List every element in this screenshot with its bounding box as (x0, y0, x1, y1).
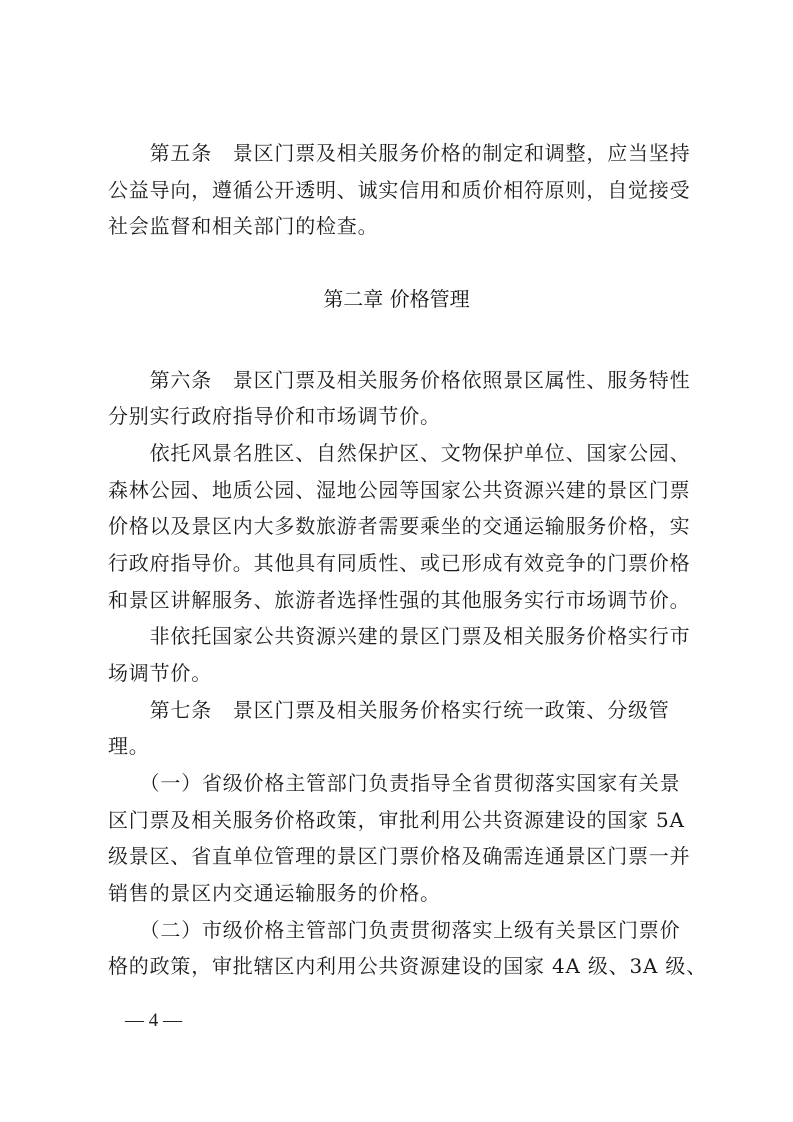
article-7-line-3: （一）省级价格主管部门负责指导全省贯彻落实国家有关景 (108, 771, 690, 795)
article-6-line-4: 森林公园、地质公园、湿地公园等国家公共资源兴建的景区门票 (108, 478, 690, 502)
article-6-line-6: 行政府指导价。其他具有同质性、或已形成有效竞争的门票价格 (108, 551, 690, 575)
article-6-line-2: 分别实行政府指导价和市场调节价。 (108, 404, 690, 428)
article-5-line-3: 社会监督和相关部门的检查。 (108, 214, 690, 238)
chapter-heading: 第二章 价格管理 (0, 287, 793, 311)
article-7-line-8: 格的政策，审批辖区内利用公共资源建设的国家 4A 级、3A 级、 (108, 954, 690, 978)
article-6-line-8: 非依托国家公共资源兴建的景区门票及相关服务价格实行市 (108, 624, 690, 648)
article-7-line-4: 区门票及相关服务价格政策，审批利用公共资源建设的国家 5A (108, 808, 690, 832)
article-7-line-2: 理。 (108, 734, 690, 758)
article-5-line-2: 公益导向，遵循公开透明、诚实信用和质价相符原则，自觉接受 (108, 178, 690, 202)
article-6-line-3: 依托风景名胜区、自然保护区、文物保护单位、国家公园、 (108, 441, 690, 465)
page-number: — 4 — (125, 1010, 182, 1032)
article-6-line-9: 场调节价。 (108, 661, 690, 685)
article-7-line-7: （二）市级价格主管部门负责贯彻落实上级有关景区门票价 (108, 918, 690, 942)
article-7-line-5: 级景区、省直单位管理的景区门票价格及确需连通景区门票一并 (108, 844, 690, 868)
article-7-line-6: 销售的景区内交通运输服务的价格。 (108, 881, 690, 905)
article-6-line-7: 和景区讲解服务、旅游者选择性强的其他服务实行市场调节价。 (108, 588, 690, 612)
article-6-line-5: 价格以及景区内大多数旅游者需要乘坐的交通运输服务价格，实 (108, 514, 690, 538)
article-7-line-1: 第七条 景区门票及相关服务价格实行统一政策、分级管 (108, 698, 690, 722)
article-5-line-1: 第五条 景区门票及相关服务价格的制定和调整，应当坚持 (108, 141, 690, 165)
document-page: 第五条 景区门票及相关服务价格的制定和调整，应当坚持 公益导向，遵循公开透明、诚… (0, 0, 793, 1122)
article-6-line-1: 第六条 景区门票及相关服务价格依照景区属性、服务特性 (108, 368, 690, 392)
